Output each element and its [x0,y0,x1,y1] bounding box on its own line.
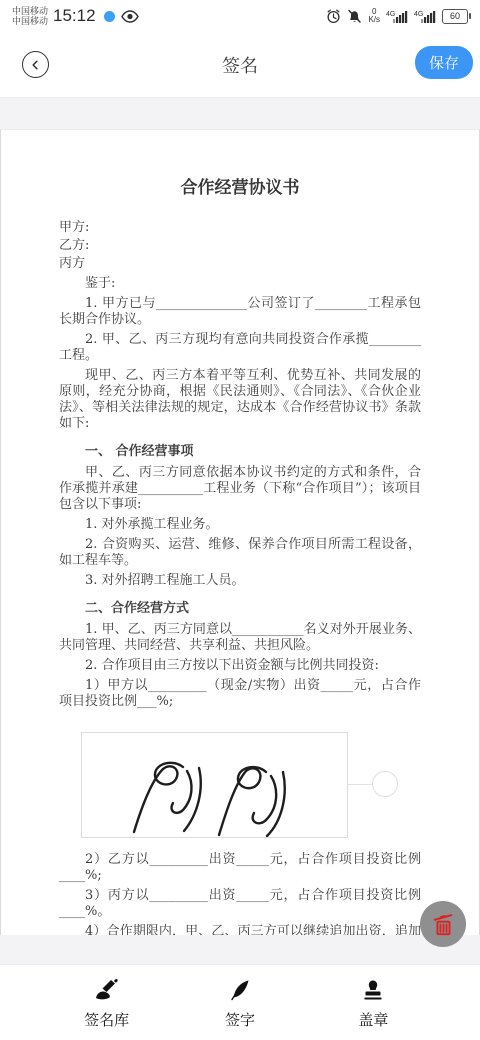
header-bar: 签名 保存 [0,32,480,98]
signature-area [59,714,421,848]
svg-text:4G: 4G [414,11,423,18]
doc-paragraph: 1. 甲、乙、丙三方同意以___________名义对外开展业务、共同管理、共同… [59,622,421,654]
signature-overlay[interactable] [81,732,348,838]
toolbar-label: 盖章 [358,1009,388,1030]
bottom-gray-strip [0,935,480,964]
eye-protection-icon [121,10,139,23]
page-title: 签名 [222,52,258,78]
notification-dot-icon [104,11,115,22]
doc-paragraph: 4）合作期限内，甲、乙、丙三方可以继续追加出资，追加出资后各方的投资比例及下述利… [59,924,421,935]
signal-sim2-icon: 4G [414,8,436,24]
doc-paragraph: 2. 甲、乙、丙三方现均有意向共同投资合作承揽________工程。 [59,332,421,364]
toolbar-item-signature-library[interactable]: 签名库 [40,965,173,1040]
signature-resize-handle[interactable] [372,771,398,797]
svg-text:4G: 4G [386,11,395,18]
doc-section-heading: 二、合作经营方式 [59,601,421,617]
toolbar-item-sign[interactable]: 签字 [173,965,306,1040]
doc-paragraph: 1）甲方以_________（现金/实物）出资_____元，占合作项目投资比例_… [59,678,421,710]
doc-paragraph: 2. 合资购买、运营、维修、保养合作项目所需工程设备，如工程车等。 [59,537,421,569]
back-button[interactable] [22,51,49,78]
document-page[interactable]: 合作经营协议书 甲方: 乙方: 丙方 鉴于: 1. 甲方已与__________… [0,130,480,935]
stamp-icon [361,978,385,1002]
doc-paragraph: 1. 对外承揽工程业务。 [59,517,421,533]
toolbar-item-stamp[interactable]: 盖章 [307,965,440,1040]
signature-strokes [82,733,347,837]
doc-paragraph: 2）乙方以_________出资_____元，占合作项目投资比例____%; [59,852,421,884]
toolbar-label: 签名库 [84,1009,129,1030]
doc-paragraph: 1. 甲方已与______________公司签订了________工程承包长期… [59,296,421,328]
carrier-label: 中国移动 中国移动 [12,6,48,26]
battery-icon: 60 [442,9,468,24]
status-bar: 中国移动 中国移动 15:12 0 K/s 4G [0,0,480,32]
doc-paragraph: 3. 对外招聘工程施工人员。 [59,573,421,589]
trash-icon [430,911,456,937]
doc-paragraph: 甲、乙、丙三方同意依据本协议书约定的方式和条件，合作承揽并承建_________… [59,465,421,513]
signal-sim1-icon: 4G [386,8,408,24]
signature-handle-line [347,784,372,785]
party-a-line: 甲方: [59,220,421,236]
quill-pen-icon [228,978,252,1002]
party-c-line: 丙方 [59,256,421,272]
toolbar-label: 签字 [225,1009,255,1030]
doc-paragraph: 2. 合作项目由三方按以下出资金额与比例共同投资: [59,658,421,674]
doc-section-heading: 一、 合作经营事项 [59,444,421,460]
network-speed: 0 K/s [368,8,380,24]
chevron-left-icon [29,58,42,72]
bottom-toolbar: 签名库 签字 盖章 [0,964,480,1040]
alarm-clock-icon [326,9,341,24]
doc-paragraph: 3）丙方以_________出资_____元，占合作项目投资比例____%。 [59,888,421,920]
notifications-muted-icon [347,9,362,24]
doc-paragraph: 现甲、乙、丙三方本着平等互利、优势互补、共同发展的原则，经充分协商，根据《民法通… [59,368,421,432]
signature-library-icon [94,978,120,1002]
save-button[interactable]: 保存 [415,46,473,79]
delete-signature-button[interactable] [420,901,466,947]
top-gray-strip [0,98,480,130]
doc-paragraph: 鉴于: [59,276,421,292]
document-content: 合作经营协议书 甲方: 乙方: 丙方 鉴于: 1. 甲方已与__________… [1,180,479,935]
clock-time: 15:12 [53,6,96,26]
document-title: 合作经营协议书 [59,180,421,196]
party-b-line: 乙方: [59,238,421,254]
